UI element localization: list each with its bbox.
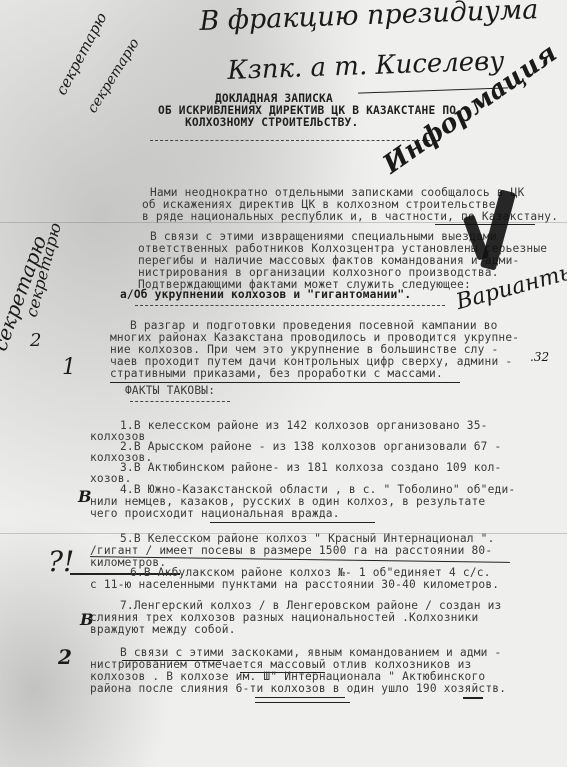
- margin-mark: В: [78, 487, 92, 506]
- fact-line: чего происходит национальная вражда.: [90, 508, 340, 520]
- underline: [110, 382, 460, 383]
- section-heading: а/Об укрупнении колхозов и "гигантомании…: [120, 289, 411, 301]
- paragraph-line: стративными приказами, без проработки с …: [110, 368, 443, 380]
- document-title-line3: КОЛХОЗНОМУ СТРОИТЕЛЬСТВУ.: [185, 117, 358, 129]
- scanned-document-page: В фракцию президиума Кзпк. а т. Киселеву…: [0, 0, 567, 767]
- fact-line: 2.В Арысском районе - из 138 колхозов ор…: [120, 441, 501, 453]
- handwritten-resolution-line2: Кзпк. а т. Киселеву: [227, 46, 505, 86]
- handwritten-resolution-line1: В фракцию президиума: [199, 0, 539, 37]
- margin-mark: В: [80, 610, 94, 629]
- margin-mark: 1: [62, 355, 76, 380]
- margin-mark: 2: [30, 330, 41, 351]
- facts-divider: [130, 401, 230, 402]
- fact-line: с 11-ю населенными пунктами на расстояни…: [90, 579, 499, 591]
- fact-line: враждуют между собой.: [90, 624, 236, 636]
- handwritten-small-mark: .32: [530, 350, 549, 364]
- underline: [255, 702, 350, 703]
- margin-mark: ?!: [48, 545, 74, 578]
- fact-line: 3.В Актюбинском районе- из 181 колхоза с…: [120, 462, 501, 474]
- underline: [210, 522, 375, 523]
- section-divider: [135, 305, 445, 306]
- facts-heading: ФАКТЫ ТАКОВЫ:: [125, 385, 215, 397]
- fact-line: 1.В келесском районе из 142 колхозов орг…: [120, 420, 488, 432]
- closing-line: района после слияния 6-ти колхозов в оди…: [90, 683, 506, 695]
- underline: [463, 697, 483, 699]
- margin-mark: 2: [58, 645, 72, 669]
- underline: [255, 697, 345, 698]
- underline-kazakstan: [435, 224, 535, 225]
